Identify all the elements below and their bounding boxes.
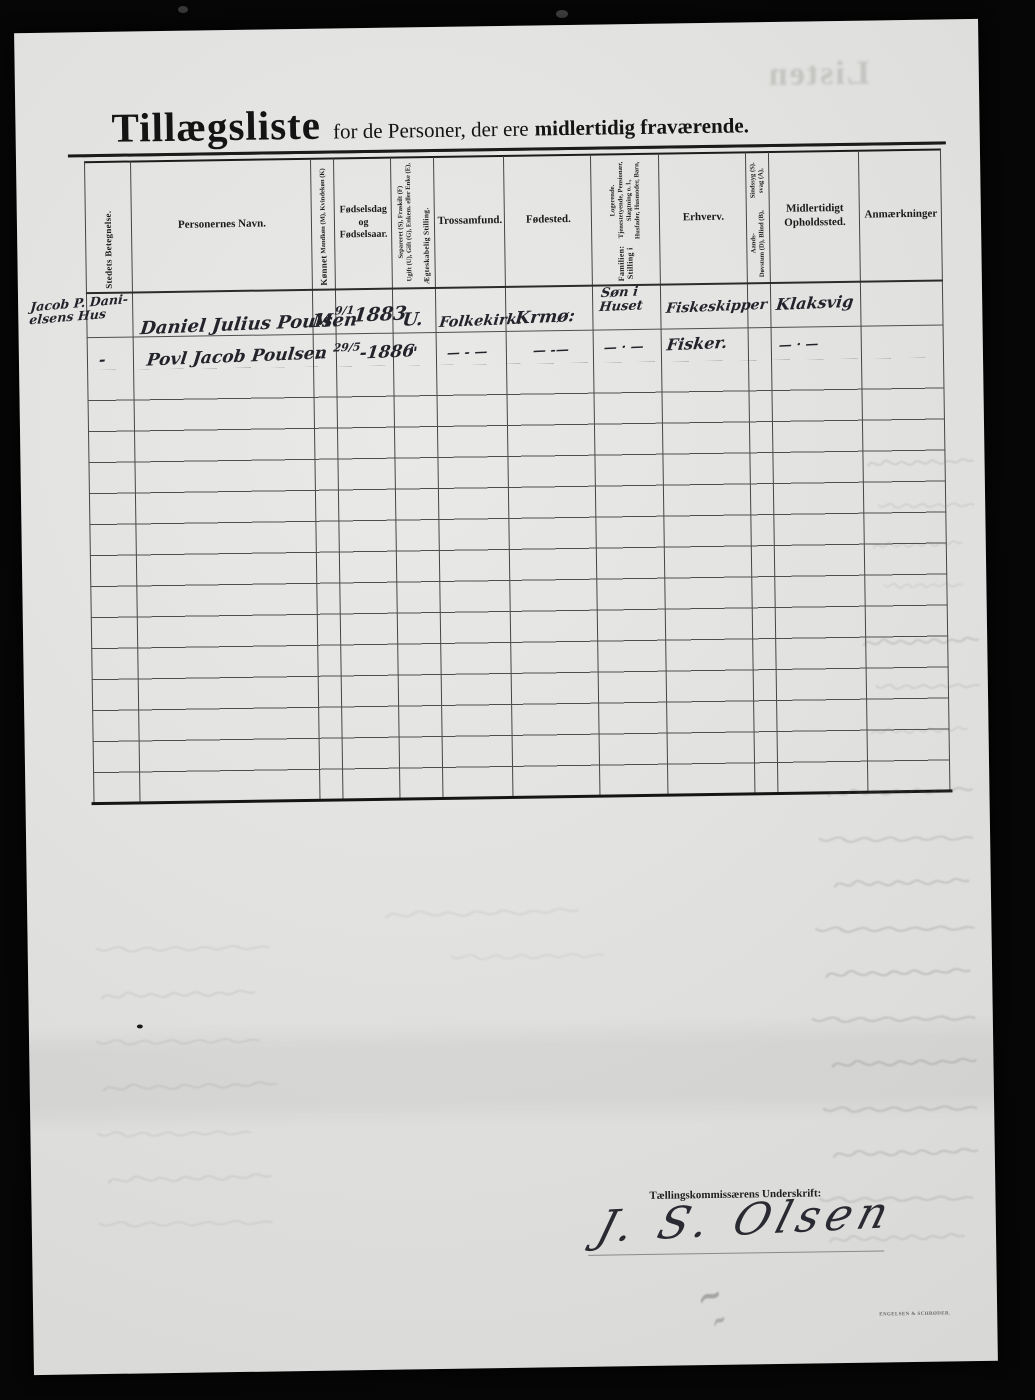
ghost-handwriting [832, 870, 972, 896]
entry-fodested-2: — -— [532, 344, 570, 359]
ghost-handwriting [93, 934, 273, 961]
ink-speck [137, 1024, 143, 1028]
col-header-aegteskabelig: Ægteskabelig Stilling. [422, 207, 431, 284]
signature-underline [588, 1250, 884, 1255]
printer-imprint: ENGELSEN & SCHRØDER. [879, 1311, 951, 1317]
ghost-handwriting [861, 629, 981, 655]
bleedthrough-back-title: Listen [767, 55, 870, 95]
col-header-stilling-i-familien: Stilling i Familien: [618, 245, 636, 281]
dust-speck [556, 10, 568, 18]
ghost-handwriting [872, 533, 964, 556]
ghost-handwriting [382, 900, 582, 927]
ghost-handwriting [829, 1050, 979, 1076]
ghost-handwriting [869, 719, 969, 742]
entry-fodt-2: 29/5-1886 [331, 339, 415, 364]
census-table: Stedets Betegnelse. Personernes Navn. Kø… [84, 149, 950, 803]
table-empty-rows [87, 357, 950, 803]
col-header-trossamfund: Trossamfund. [437, 214, 502, 229]
ghost-handwriting [98, 982, 258, 1008]
ghost-handwriting [831, 1140, 981, 1166]
ghost-handwriting [809, 1005, 979, 1032]
col-header-dovstum: Døvstum (D), Blind (B), Aands- [750, 208, 768, 280]
scanned-census-sheet: Listen Tillægslistefor de Personer, der … [0, 0, 1035, 1400]
col-header-opholdssted: Midlertidigt Opholdssted. [780, 202, 850, 231]
entry-stilling-2: — · — [603, 340, 644, 355]
ghost-handwriting [823, 960, 973, 986]
entry-trossamfund-1: Folkekirk. [438, 312, 522, 331]
col-header-stilling-sub: Husfader, Husmoder, Barn, Slægtning o. l… [609, 157, 643, 244]
pencil-mark [711, 1313, 727, 1327]
form-title-main: Tillægsliste [111, 102, 321, 151]
form-title: Tillægslistefor de Personer, der eremidl… [111, 94, 749, 151]
form-title-mid: for de Personer, der ere [333, 117, 529, 144]
ghost-handwriting [876, 493, 976, 516]
ghost-handwriting [827, 1225, 967, 1251]
ghost-handwriting [96, 1209, 276, 1236]
ghost-handwriting [816, 825, 976, 851]
ghost-handwriting [882, 573, 964, 596]
col-header-personernes-navn: Personernes Navn. [178, 218, 266, 233]
entry-fodt-1: 9/11883 [333, 302, 408, 327]
ghost-handwriting [812, 915, 977, 941]
col-header-dovstum-sub: svag (A), Sindssyg (S). [749, 155, 766, 206]
ghost-handwriting [100, 1073, 280, 1100]
ghost-handwriting [874, 674, 982, 698]
ghost-handwriting [820, 1095, 980, 1121]
col-header-aegteskabelig-sub: Ugift (U), Gift (G), Enkem. eller Enke (… [396, 160, 414, 284]
entry-fodested-1: Krmø: [514, 308, 576, 328]
entry-opholdssted-2: — · — [778, 338, 819, 353]
entry-opholdssted-1: Klaksvig [775, 294, 854, 314]
pencil-mark [699, 1289, 721, 1305]
col-header-stedets-betegnelse: Stedets Betegnelse. [103, 211, 114, 289]
col-header-fodselsdag: Fødselsdag og Fødselsaar. [337, 204, 390, 242]
form-title-tail: midlertidig fraværende. [534, 113, 749, 140]
ghost-handwriting [94, 1120, 254, 1146]
ghost-handwriting [93, 1028, 263, 1055]
dust-speck [178, 6, 188, 13]
entry-aegteskab-1: U. [401, 311, 424, 331]
col-header-konnet: Kønnet [319, 255, 329, 285]
ghost-handwriting [825, 779, 975, 805]
entry-erhverv-2: Fisker. [666, 335, 728, 354]
ghost-handwriting [816, 1185, 976, 1211]
ghost-handwriting [448, 943, 608, 969]
entry-trossamfund-2: — - — [446, 346, 488, 361]
table-header: Stedets Betegnelse. Personernes Navn. Kø… [84, 149, 943, 292]
col-header-konnet-sub: Mandkøn (M), Kvindekøn (K) [319, 168, 328, 253]
ghost-handwriting [865, 451, 975, 475]
entry-stilling-1: Søn iHuset [598, 285, 645, 314]
col-header-fodested: Fødested. [526, 213, 571, 227]
ghost-handwriting [105, 1165, 275, 1192]
col-header-erhverv: Erhverv. [683, 211, 724, 225]
census-form-page: Listen Tillægslistefor de Personer, der … [14, 19, 998, 1375]
col-header-anmaerkninger: Anmærkninger [864, 208, 937, 223]
